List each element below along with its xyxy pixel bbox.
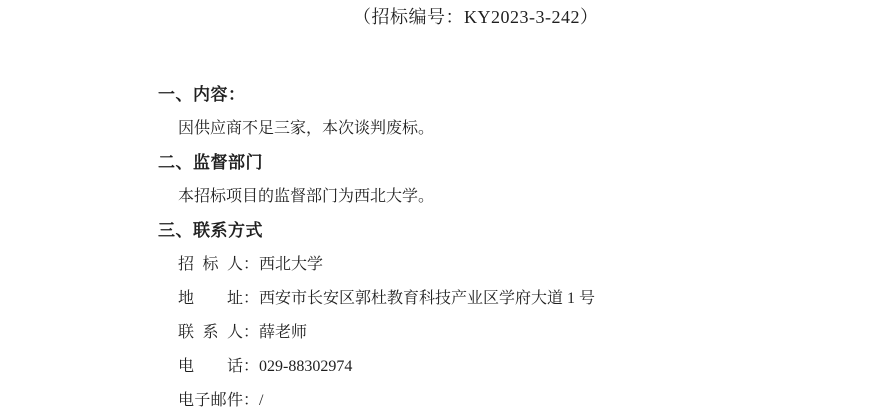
contact-colon: ： xyxy=(243,316,259,350)
contact-label: 电话 xyxy=(178,350,243,384)
contact-row-tenderer: 招标人：西北大学 xyxy=(158,248,873,282)
contact-colon: ： xyxy=(243,248,259,282)
contact-row-phone: 电话：029-88302974 xyxy=(158,350,873,384)
contact-value: / xyxy=(259,392,263,409)
contact-label: 联系人 xyxy=(178,316,243,350)
contact-value: 029-88302974 xyxy=(259,358,352,375)
contact-value: 薛老师 xyxy=(259,324,307,341)
contact-value: 西安市长安区郭杜教育科技产业区学府大道 1 号 xyxy=(259,290,595,307)
contact-colon: ： xyxy=(243,384,259,418)
contact-colon: ： xyxy=(243,350,259,384)
section-body-content: 因供应商不足三家，本次谈判废标。 xyxy=(158,112,873,146)
section-heading-content: 一、内容： xyxy=(158,78,873,112)
section-body-supervision: 本招标项目的监督部门为西北大学。 xyxy=(158,180,873,214)
document-page: （招标编号：KY2023-3-242） 一、内容： 因供应商不足三家，本次谈判废… xyxy=(0,0,893,420)
contact-row-address: 地址：西安市长安区郭杜教育科技产业区学府大道 1 号 xyxy=(158,282,873,316)
contact-label: 地址 xyxy=(178,282,243,316)
section-heading-contact: 三、联系方式 xyxy=(158,214,873,248)
tender-number-line: （招标编号：KY2023-3-242） xyxy=(353,5,599,29)
contact-row-person: 联系人：薛老师 xyxy=(158,316,873,350)
document-content: 一、内容： 因供应商不足三家，本次谈判废标。 二、监督部门 本招标项目的监督部门… xyxy=(158,78,873,418)
contact-value: 西北大学 xyxy=(259,256,323,273)
contact-label: 电子邮件 xyxy=(178,384,243,418)
contact-colon: ： xyxy=(243,282,259,316)
section-heading-supervision: 二、监督部门 xyxy=(158,146,873,180)
contact-row-email: 电子邮件：/ xyxy=(158,384,873,418)
contact-label: 招标人 xyxy=(178,248,243,282)
